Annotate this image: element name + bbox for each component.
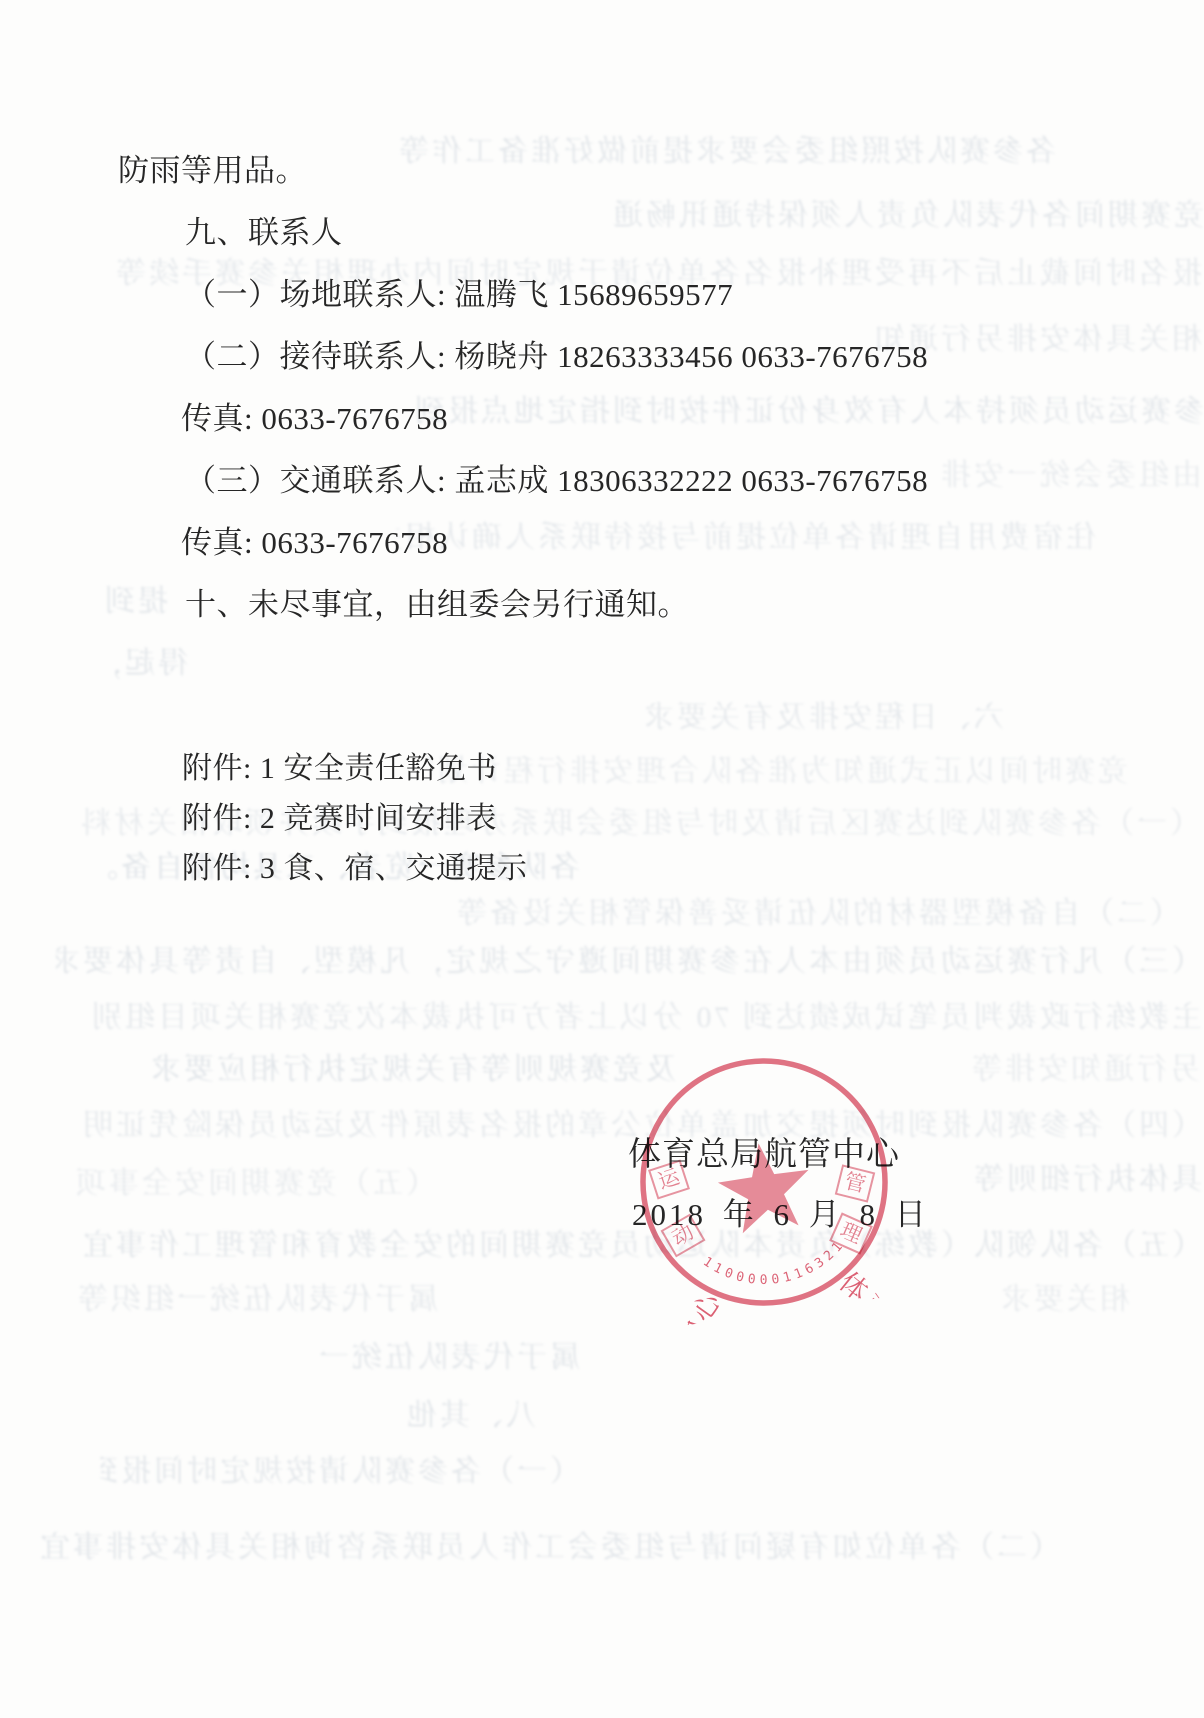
bleedthrough-line: 八、其他 (386, 1398, 536, 1434)
seal-star-icon (713, 1137, 816, 1236)
bleedthrough-line: （三）凡行赛运动员须由本人在参赛期间遵守之规定，凡模型、自责等具体要求 (56, 944, 1202, 980)
bleedthrough-line: 各参赛队按照组委会要求提前做好准备工作等 (356, 134, 1056, 170)
bleedthrough-line: 六、日程安排及有关要求 (556, 700, 1004, 736)
contact-transport-line: （三）交通联系人: 孟志成 18306332222 0633-7676758 (185, 462, 928, 500)
bleedthrough-line: 得起， (58, 646, 188, 682)
bleedthrough-line: 提到 (58, 584, 168, 620)
bleedthrough-line: 住宿费用自理请各单位提前与接待联系人确认相关事宜 (396, 520, 1096, 556)
bleedthrough-line: （一）各参赛队请按规定时间报到 (100, 1454, 580, 1490)
fax-line-2: 传真: 0633-7676758 (181, 524, 448, 562)
bleedthrough-line: （五）各队领队（教练）负责本队运动员竞赛期间的安全教育和管理工作事宜 (56, 1228, 1202, 1264)
section-9-heading: 九、联系人 (185, 214, 343, 252)
bleedthrough-line: 参赛运动员须持本人有效身份证件按时到指定地点报到 (372, 394, 1204, 430)
bleedthrough-line: 相关要求 (950, 1282, 1130, 1318)
attachment-3-line: 附件: 3 食、宿、交通提示 (182, 850, 527, 888)
svg-text:1100000116321: 1100000116321 (699, 1235, 853, 1298)
attachment-2-line: 附件: 2 竞赛时间安排表 (182, 800, 497, 838)
bleedthrough-line: （五）竞赛期间安全事项 (56, 1166, 436, 1202)
body-line-continuation: 防雨等用品。 (118, 152, 307, 190)
section-10-line: 十、未尽事宜，由组委会另行通知。 (185, 586, 689, 624)
fax-line-1: 传真: 0633-7676758 (181, 400, 448, 438)
attachment-1-line: 附件: 1 安全责任豁免书 (182, 750, 497, 788)
bleedthrough-line: 具体执行细则等 (930, 1162, 1202, 1198)
bleedthrough-line: 竞赛时间以正式通知为准各队合理安排行程计划等 (428, 754, 1128, 790)
seal-serial-number: 1100000116321 (699, 1235, 853, 1298)
bleedthrough-line: 及竞赛规则等有关规定执行相应要求 (56, 1052, 676, 1088)
bleedthrough-line: 主教练行政裁判员笔试成绩达到 70 分以上者方可执裁本次竞赛相关项目组别 (56, 1000, 1202, 1036)
bleedthrough-line: 另行通知安排等 (900, 1052, 1200, 1088)
bleedthrough-line: （二）各单位如有疑问请与组委会工作人员联系咨询相关具体安排事宜等 (40, 1530, 1060, 1566)
bleedthrough-line: 竞赛期间各代表队负责人须保持通讯畅通 (556, 198, 1204, 234)
contact-reception-line: （二）接待联系人: 杨晓舟 18263333456 0633-7676758 (185, 338, 928, 376)
bleedthrough-line: 属于代表队伍统一 (320, 1340, 580, 1376)
bleedthrough-line: 由组委会统一安排 (894, 458, 1202, 494)
bleedthrough-line: 属于代表队伍统一组织等 (78, 1282, 438, 1318)
contact-venue-line: （一）场地联系人: 温腾飞 15689659577 (185, 276, 733, 314)
bleedthrough-line: （二）自备模型器材的队伍请妥善保管相关设备等 (420, 896, 1180, 932)
document-page: 各参赛队按照组委会要求提前做好准备工作等竞赛期间各代表队负责人须保持通讯畅通报名… (0, 0, 1204, 1718)
